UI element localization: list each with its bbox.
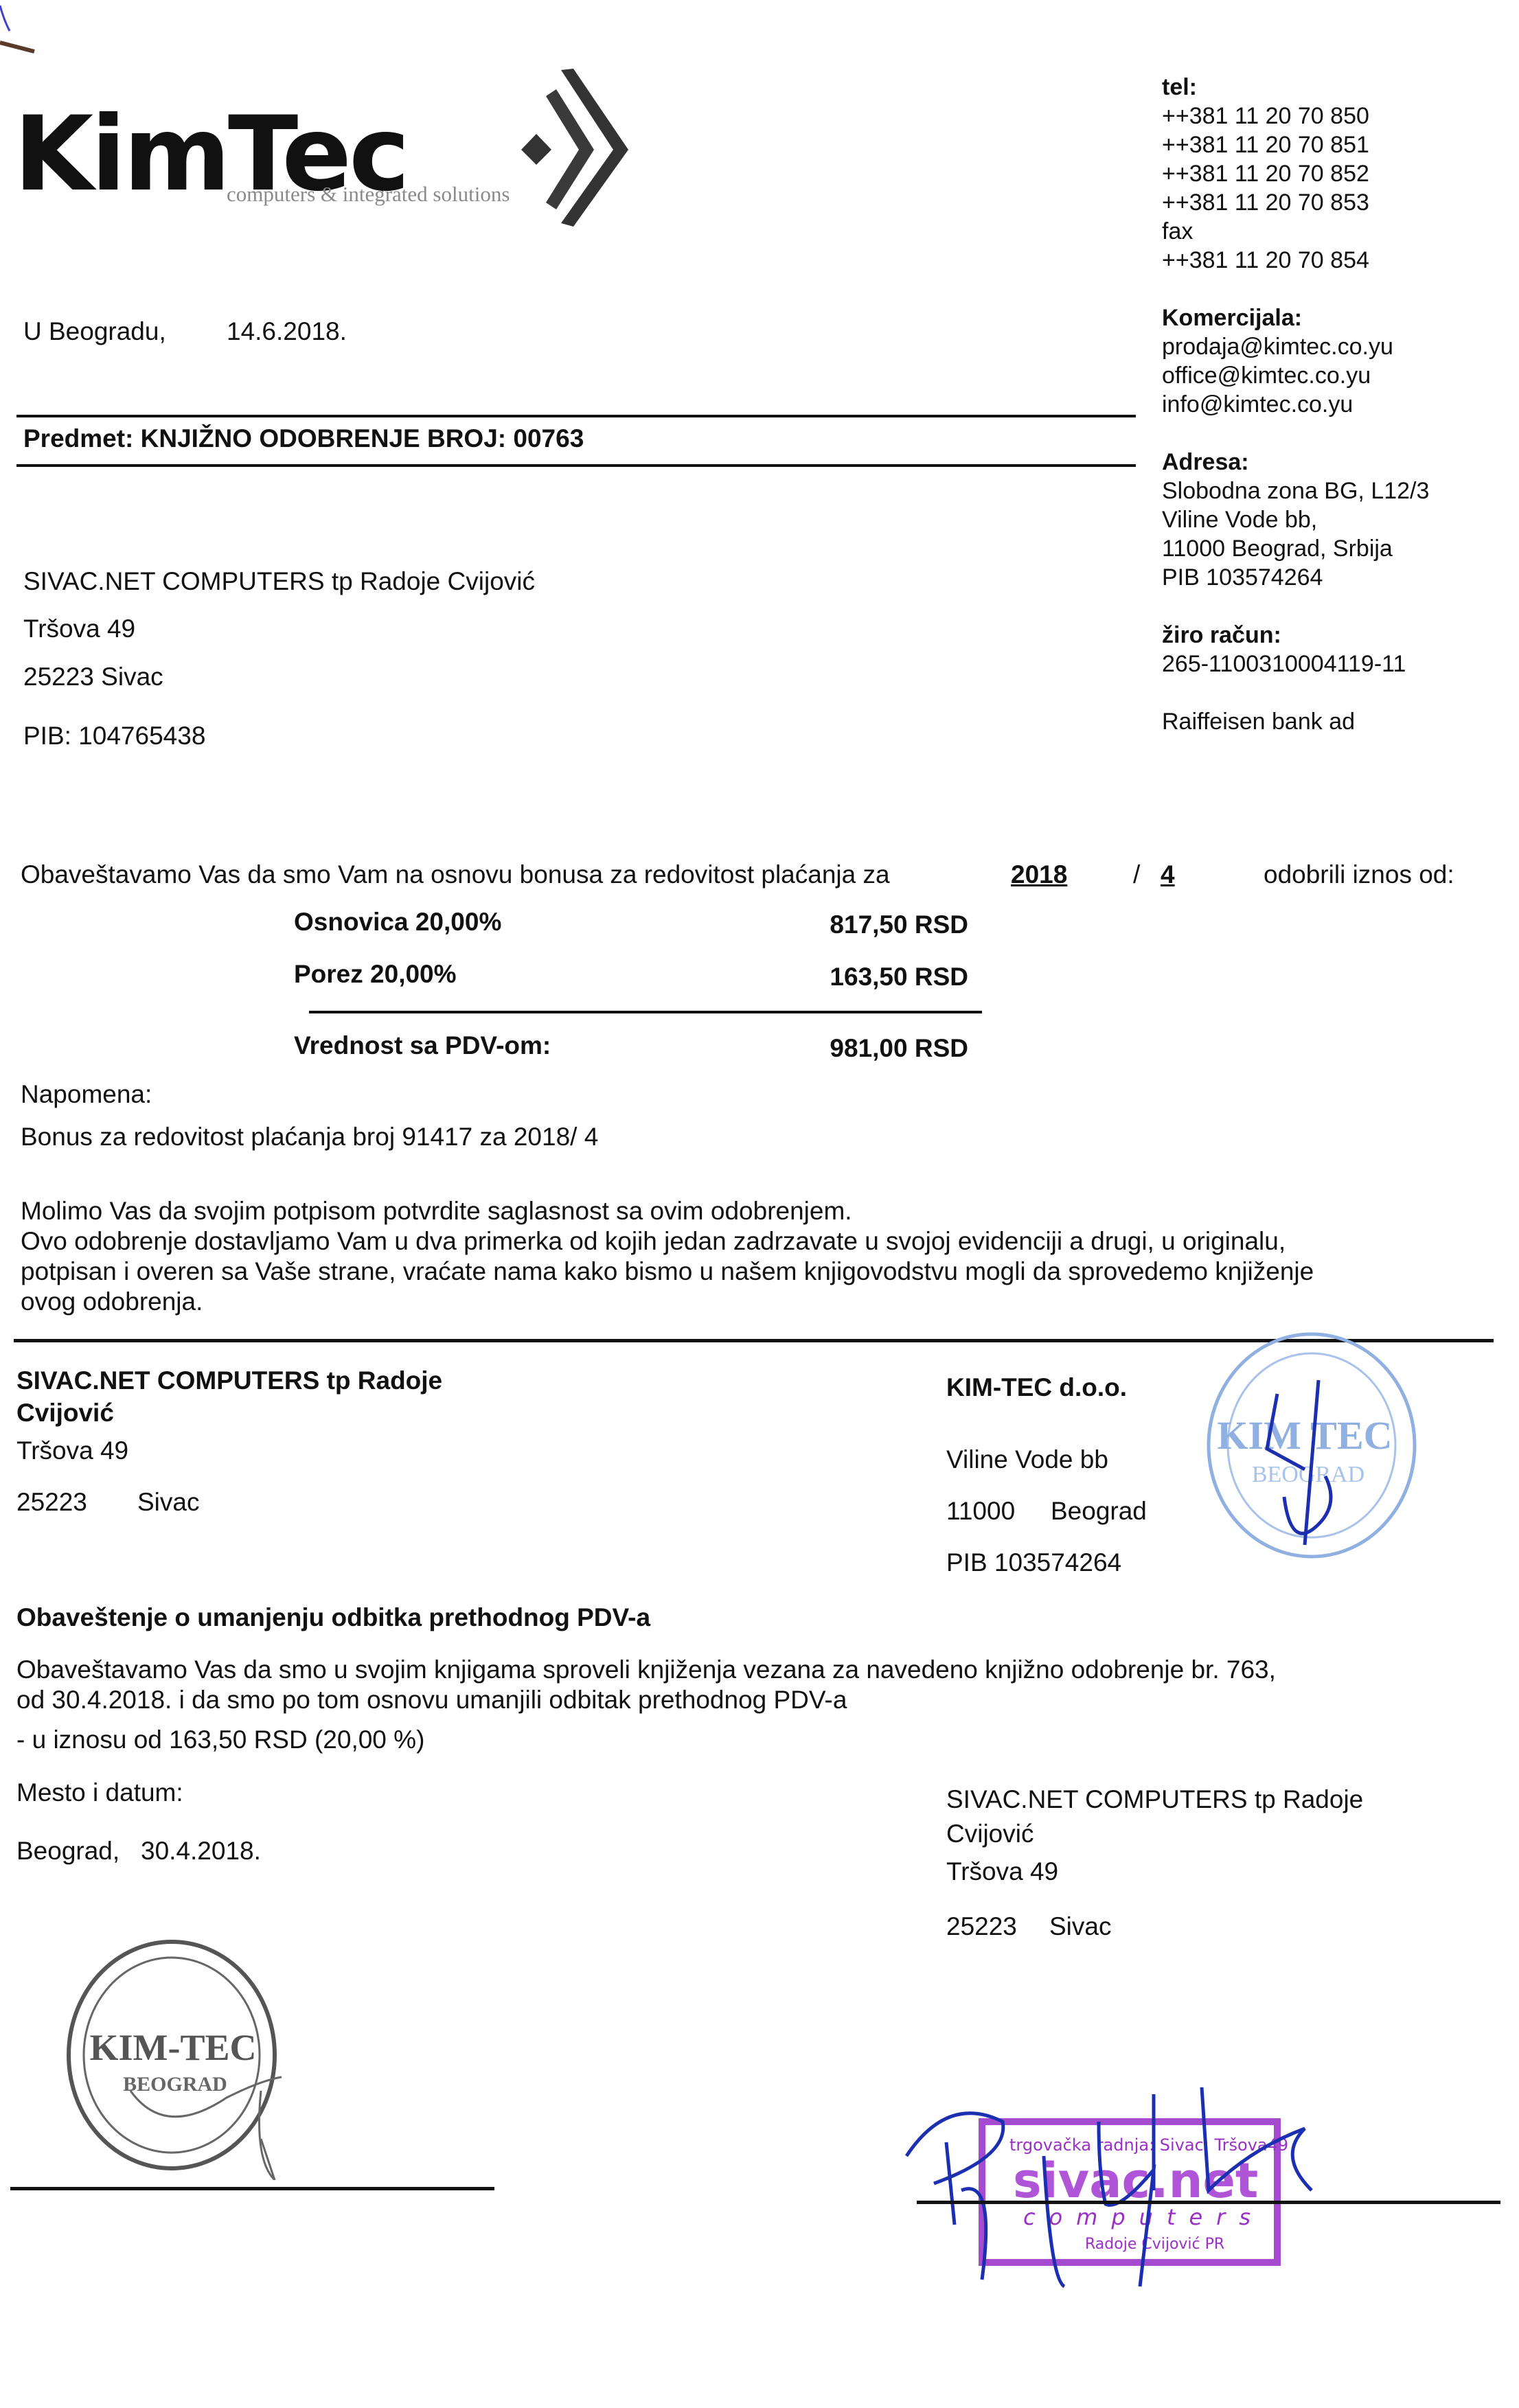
intro-text: Obaveštavamo Vas da smo Vam na osnovu bo… [21, 860, 890, 890]
issue-date: 14.6.2018. [227, 317, 347, 347]
issue-place: U Beogradu, [23, 317, 166, 347]
subject-title: Predmet: KNJIŽNO ODOBRENJE BROJ: 00763 [23, 424, 584, 454]
fax-label: fax [1162, 217, 1429, 246]
phone-1: ++381 11 20 70 850 [1162, 102, 1429, 130]
svg-text:KIM-TEC: KIM-TEC [90, 2027, 257, 2068]
recipient-city: 25223 Sivac [23, 663, 163, 692]
customer-signature [893, 2074, 1519, 2293]
paragraph-line: Ovo odobrenje dostavljamo Vam u dva prim… [21, 1226, 1314, 1257]
signing-place-date: Beograd, 30.4.2018. [16, 1837, 261, 1866]
address-label: Adresa: [1162, 448, 1429, 477]
bonus-period: 4 [1161, 860, 1175, 890]
phone-3: ++381 11 20 70 852 [1162, 159, 1429, 188]
vat-notice-line: od 30.4.2018. i da smo po tom osnovu uma… [16, 1685, 1276, 1715]
paragraph-line: Molimo Vas da svojim potpisom potvrdite … [21, 1196, 1314, 1226]
intro-suffix: odobrili iznos od: [1264, 860, 1454, 890]
supplier-street: Viline Vode bb [946, 1445, 1108, 1475]
recipient-name: SIVAC.NET COMPUTERS tp Radoje Cvijović [23, 567, 535, 597]
kimtec-stamp-icon: KIM TEC BEOGRAD [1195, 1325, 1428, 1559]
supplier-city: Beograd [1051, 1497, 1147, 1526]
vat-notice-line: Obaveštavamo Vas da smo u svojim knjigam… [16, 1655, 1276, 1685]
base-amount-value: 817,50 RSD [803, 910, 968, 940]
bonus-year: 2018 [1011, 860, 1067, 890]
footer-customer-city: Sivac [1049, 1912, 1111, 1942]
svg-text:KIM TEC: KIM TEC [1217, 1413, 1392, 1458]
customer-name-line1: SIVAC.NET COMPUTERS tp Radoje [16, 1366, 442, 1396]
logo-tagline: computers & integrated solutions [227, 182, 510, 207]
email-2: office@kimtec.co.yu [1162, 361, 1429, 390]
fax-number: ++381 11 20 70 854 [1162, 246, 1429, 275]
supplier-pib: PIB 103574264 [946, 1548, 1121, 1578]
customer-name-line2: Cvijović [16, 1399, 114, 1428]
chevron-arrows-logo-icon [518, 69, 670, 227]
address-line-2: Viline Vode bb, [1162, 505, 1429, 534]
tax-amount-value: 163,50 RSD [803, 963, 968, 992]
customer-postal: 25223 [16, 1488, 87, 1517]
footer-customer-street: Tršova 49 [946, 1857, 1058, 1887]
recipient-street: Tršova 49 [23, 615, 135, 644]
divider [16, 464, 1136, 467]
tel-label: tel: [1162, 73, 1429, 102]
recipient-pib: PIB: 104765438 [23, 722, 205, 751]
account-label: žiro račun: [1162, 621, 1429, 650]
signature-line-customer [917, 2201, 1500, 2204]
customer-street: Tršova 49 [16, 1436, 128, 1466]
total-divider [309, 1011, 982, 1013]
note-label: Napomena: [21, 1080, 152, 1110]
email-1: prodaja@kimtec.co.yu [1162, 332, 1429, 361]
bank-name: Raiffeisen bank ad [1162, 707, 1429, 736]
customer-city: Sivac [137, 1488, 199, 1517]
svg-text:BEOGRAD: BEOGRAD [123, 2073, 227, 2096]
note-text: Bonus za redovitost plaćanja broj 91417 … [21, 1123, 598, 1152]
supplier-name: KIM-TEC d.o.o. [946, 1373, 1127, 1403]
phone-4: ++381 11 20 70 853 [1162, 188, 1429, 217]
address-line-3: 11000 Beograd, Srbija [1162, 534, 1429, 563]
address-line-1: Slobodna zona BG, L12/3 [1162, 477, 1429, 505]
request-paragraph: Molimo Vas da svojim potpisom potvrdite … [21, 1196, 1314, 1317]
total-label: Vrednost sa PDV-om: [294, 1031, 551, 1061]
paragraph-line: potpisan i overen sa Vaše strane, vraćat… [21, 1257, 1314, 1287]
kimtec-round-stamp-icon: KIM-TEC BEOGRAD [55, 1933, 302, 2180]
footer-customer-name-line2: Cvijović [946, 1820, 1033, 1849]
address-line-4: PIB 103574264 [1162, 563, 1429, 592]
footer-customer-postal: 25223 [946, 1912, 1017, 1942]
corner-mark [0, 0, 55, 55]
vat-notice-title: Obaveštenje o umanjenju odbitka prethodn… [16, 1603, 650, 1633]
paragraph-line: ovog odobrenja. [21, 1287, 1314, 1317]
vat-notice-line: - u iznosu od 163,50 RSD (20,00 %) [16, 1725, 1276, 1755]
base-amount-label: Osnovica 20,00% [294, 908, 501, 937]
vat-notice-body: Obaveštavamo Vas da smo u svojim knjigam… [16, 1655, 1276, 1755]
footer-customer-name-line1: SIVAC.NET COMPUTERS tp Radoje [946, 1785, 1363, 1815]
contact-block: tel: ++381 11 20 70 850 ++381 11 20 70 8… [1162, 73, 1429, 736]
email-3: info@kimtec.co.yu [1162, 390, 1429, 419]
divider [16, 415, 1136, 417]
phone-2: ++381 11 20 70 851 [1162, 130, 1429, 159]
supplier-postal: 11000 [946, 1497, 1015, 1526]
period-separator: / [1133, 860, 1140, 890]
tax-amount-label: Porez 20,00% [294, 960, 457, 989]
place-date-label: Mesto i datum: [16, 1778, 183, 1808]
commercial-label: Komercijala: [1162, 303, 1429, 332]
account-number: 265-1100310004119-11 [1162, 650, 1429, 678]
total-value: 981,00 RSD [803, 1034, 968, 1064]
signature-line-kimtec [10, 2187, 494, 2190]
